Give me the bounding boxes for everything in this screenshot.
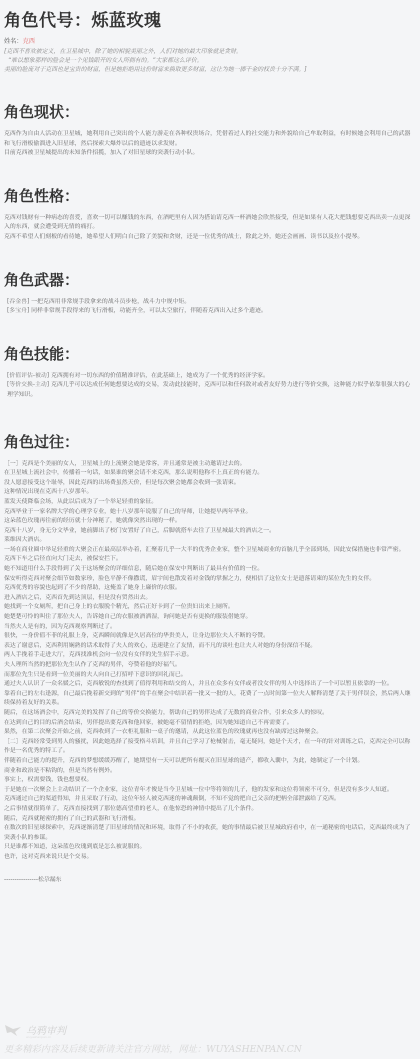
paragraph: 一场在商业圈中举足轻重的大聚会正在最高层举办着，汇聚着几乎一大半的优秀企业家，整… <box>4 546 416 556</box>
paragraph: 克西下车之后径直向大门走去，被保安拦下。 <box>4 555 416 565</box>
paragraph: 这朵蓝色玫瑰再往前的经历就十分神秘了，她就像突然出现的一样。 <box>4 517 416 527</box>
section-heading: 角色过往： <box>4 431 416 452</box>
paragraph: 伴随着自己能力的提升，克西的梦想缓缓苏醒了，她期望有一天可以把所有覆灭在旧星球的… <box>4 757 416 767</box>
paragraph: 通过夫人认识了一众名媛之后，克西敏锐的查找到了值得利用和结交的人，并且在众多有女… <box>4 680 416 690</box>
paragraph: 她不知道用什么手段得到了关于这场聚会的详细信息，随后她在保安中判断出了最具有价值… <box>4 565 416 575</box>
skill-desc: 克西拥有对一切东西的价值精准评估，在此基础上，她成为了一个优秀的经济学家。 <box>51 373 269 379</box>
past-paragraphs: ［一］克西是个美丽的女人，卫星城上的上流聚会她是常客，并且通常是被主动邀请过去的… <box>4 460 416 863</box>
paragraph: 之后事情就很简单了，克西直接找到了那位德高望重的老人，在他惊恐的神情中提出了几个… <box>4 805 416 815</box>
paragraph: 进入酒店之后，克西首先到达顶层，但是没有贸然出去。 <box>4 594 416 604</box>
paragraph: ［二］克西经常受到男人的骚扰，因此她选择了接受格斗培训，并且自己学习了枪械射击，… <box>4 738 416 757</box>
document-page: 角色代号：烁蓝玫瑰 姓名：克西 [克西不喜欢被定义，在卫星城中，除了她的相貌美丽… <box>0 0 420 1059</box>
paragraph: 果然，在第二次聚会开始之前，克西收到了一衣柜礼服和一桌子的邀请，从此这位蓝色的玫… <box>4 728 416 738</box>
weapon-tag: [多宝舟] <box>7 308 29 314</box>
paragraph: 在数次的旧星球探索中，克西逐渐清楚了旧星球的情况和环境，取得了不小的收获，她的事… <box>4 824 416 843</box>
paragraph: 目前克西被卫星城提出的未知条件招揽，加入了对旧星球的突袭行动小队。 <box>4 149 416 159</box>
intro-quote-line: “难以想象那样的脸会是一个见钱眼开的女人所拥有的。”大家都这么评价。 <box>4 57 416 66</box>
section-past: 角色过往： ［一］克西是个美丽的女人，卫星城上的上流聚会她是常客，并且通常是被主… <box>4 431 416 884</box>
weapon-desc: 一把克西用非常规手段拿来的战斗员步枪，战斗力中规中矩。 <box>31 299 190 305</box>
paragraph: 这种情况出现在克西十八岁那年。 <box>4 488 416 498</box>
paragraph: 两人手挽着手走进大厅，克西找准机会向一位没有女伴的先生招手示意。 <box>4 651 416 661</box>
skill-item: [价值评估-被动] 克西拥有对一切东西的价值精准评估，在此基础上，她成为了一个优… <box>4 372 416 382</box>
paragraph: 蓝发天使降临会场，从此以后成为了一个举足轻重的象征。 <box>4 498 416 508</box>
author-signature: ----------------松尕漏东 <box>4 874 416 883</box>
paragraph: 只是谁都不知道，这朵蓝色玫瑰到底是怎么被说服的。 <box>4 843 416 853</box>
paragraph: 克西十八岁，身无分文毕业，她前脚出了校门安置好了自己，后脚就搭车去往了卫星城最大… <box>4 527 416 537</box>
name-line: 姓名：克西 <box>4 37 416 46</box>
paragraph: 很快，一身价值不菲的礼服上身，克西瞬间就像是久居高位的华贵美人，让身边那位夫人不… <box>4 632 416 642</box>
paragraph: 随后，在这场酒会中，克西完美的发挥了自己的等价交换能力，帮助自己的男伴达成了无数… <box>4 709 416 719</box>
skill-item: [等价交换-主动] 克西几乎可以达成任何她想要达成的交易，发动此技能时，克西可以… <box>4 381 416 400</box>
weapon-desc: 同样非常规手段得来的飞行滑板，功能齐全，可以太空旅行，伴随着克西出入过多个遗迹。 <box>31 308 267 314</box>
weapon-item: [吞金兽] 一把克西用非常规手段拿来的战斗员步枪，战斗力中规中矩。 <box>4 298 416 308</box>
skill-tag: [价值评估-被动] <box>7 373 49 379</box>
weapon-item: [多宝舟] 同样非常规手段得来的飞行滑板，功能齐全，可以太空旅行，伴随着克西出入… <box>4 307 416 317</box>
paragraph: 表达了谢意后，克西利用娴熟的话术取得了夫人的欢心，迅速建立了友情，而不凡的谈吐也… <box>4 642 416 652</box>
watermark-notice: 更多精彩内容及后续更新请关注官方网站，网址：WUYASHENPAN.CN <box>4 1041 416 1055</box>
paragraph: 夫人理所当然的把那位先生认作了克西的男伴，夸赞着他的好福气。 <box>4 661 416 671</box>
paragraph: 也许，这对克西来说只是个交易。 <box>4 853 416 863</box>
paragraph: 克西对钱财有一种病态的喜爱，喜欢一切可以赚钱的东西，在酒吧里有人因为搭讪请克西一… <box>4 214 416 233</box>
section-heading: 角色性格： <box>4 185 416 206</box>
paragraph: 克西优秀的容貌也起到了不少的帮助，这掩盖了她身上廉价的衣服。 <box>4 584 416 594</box>
section-status: 角色现状： 克西作为自由人活动在卫星城，她利用自己突出的个人能力游走在各种权贵场… <box>4 101 416 159</box>
paragraph: 商业和政治是不粘钩的，但是当然有例外。 <box>4 767 416 777</box>
weapon-tag: [吞金兽] <box>7 299 29 305</box>
intro-quote-line: 美丽的脸庞对于克西也是宝贵的财富，但是她拒绝用这份财富来换取更多财富，这让为她一… <box>4 66 416 75</box>
section-heading: 角色武器： <box>4 269 416 290</box>
section-personality: 角色性格： 克西对钱财有一种病态的喜爱，喜欢一切可以赚钱的东西，在酒吧里有人因为… <box>4 185 416 243</box>
watermark: 乌鸦审判 wuyashenpan.cn 更多精彩内容及后续更新请关注官方网站，网… <box>4 1022 416 1055</box>
paragraph: 她楚楚可怜的叫住了那位夫人，告诉她自己的衣服被酒洒湿，询问她是否有更换的服装借她… <box>4 613 416 623</box>
paragraph: 于是她在一次聚会上主动结识了一个企业家，这位青年才俊是当今卫星城一位中等将领的儿… <box>4 786 416 796</box>
section-weapons: 角色武器： [吞金兽] 一把克西用非常规手段拿来的战斗员步枪，战斗力中规中矩。 … <box>4 269 416 317</box>
skill-desc: 克西几乎可以达成任何她想要达成的交易，发动此技能时，克西可以和任何敌对或者友好势… <box>7 382 410 398</box>
paragraph: 事实上，权需要钱，钱也想要权。 <box>4 776 416 786</box>
section-heading: 角色技能： <box>4 343 416 364</box>
paragraph: 在卫星城上流社会中，传播着一句话，如果谁的聚会请不来克西，那么说明他称不上真正的… <box>4 469 416 479</box>
paragraph: 克西不希望人们刻板的看待她，她希望人们明白自己除了美貌和贪财，还是一位优秀的战士… <box>4 233 416 243</box>
name-label: 姓名： <box>4 38 23 45</box>
section-skills: 角色技能： [价值评估-被动] 克西拥有对一切东西的价值精准评估，在此基础上，她… <box>4 343 416 401</box>
paragraph: ［一］克西是个美丽的女人，卫星城上的上流聚会她是常客，并且通常是被主动邀请过去的… <box>4 460 416 470</box>
skill-tag: [等价交换-主动] <box>7 382 49 388</box>
paragraph: 她找到一个女厕所，把自己身上的衣服脱个精光，然后正好卡到了一位贵妇出来上厕所。 <box>4 603 416 613</box>
section-heading: 角色现状： <box>4 101 416 122</box>
paragraph: 而那位先生只是看到一位美丽的夫人向自己打招呼下意识的回礼而已。 <box>4 671 416 681</box>
paragraph: 莱维因大酒店。 <box>4 536 416 546</box>
paragraph: 当然夫人是有的，因为克西观察判断过了。 <box>4 623 416 633</box>
page-title: 角色代号：烁蓝玫瑰 <box>4 6 416 31</box>
paragraph: 克西作为自由人活动在卫星城，她利用自己突出的个人能力游走在各种权贵场合，凭借着过… <box>4 130 416 149</box>
paragraph: 靠着自己的左右逢源，自己最后挽着新交到的“男伴”的手在聚会中结识着一批又一批的人… <box>4 690 416 709</box>
watermark-brand-sub: wuyashenpan.cn <box>26 1035 416 1039</box>
intro-quote-line: [克西不喜欢被定义，在卫星城中，除了她的相貌美丽之外，人们对她的最大印象就是贪财… <box>4 48 416 57</box>
paragraph: 克西通过自己的渠道得知，并且采取了行动，这位年轻人被克西迷的神魂颠倒，不知不觉的… <box>4 795 416 805</box>
name-value: 克西 <box>23 38 35 45</box>
paragraph: 随后，克西就秘密的拥有了自己的武器和飞行滑板。 <box>4 815 416 825</box>
paragraph: 在达到自己的目的后酒会结束，男伴提出要克西和他回家，被她毫不留情的拒绝，因为她知… <box>4 719 416 729</box>
paragraph: 没人愿意接受这个耻辱，因此克西的出场费虽然天价，但是每次聚会她都会收到一张请柬。 <box>4 479 416 489</box>
paragraph: 克西毕业于一家名牌大学的心理学专业，她十八岁那年说服了自己的导师，让她提早两年毕… <box>4 508 416 518</box>
crow-icon <box>4 1023 22 1037</box>
paragraph: 保安听得克西对聚会细节如数家珍，脸色平静不像撒谎，眉宇间也散发着对金钱的掌握之力… <box>4 575 416 585</box>
